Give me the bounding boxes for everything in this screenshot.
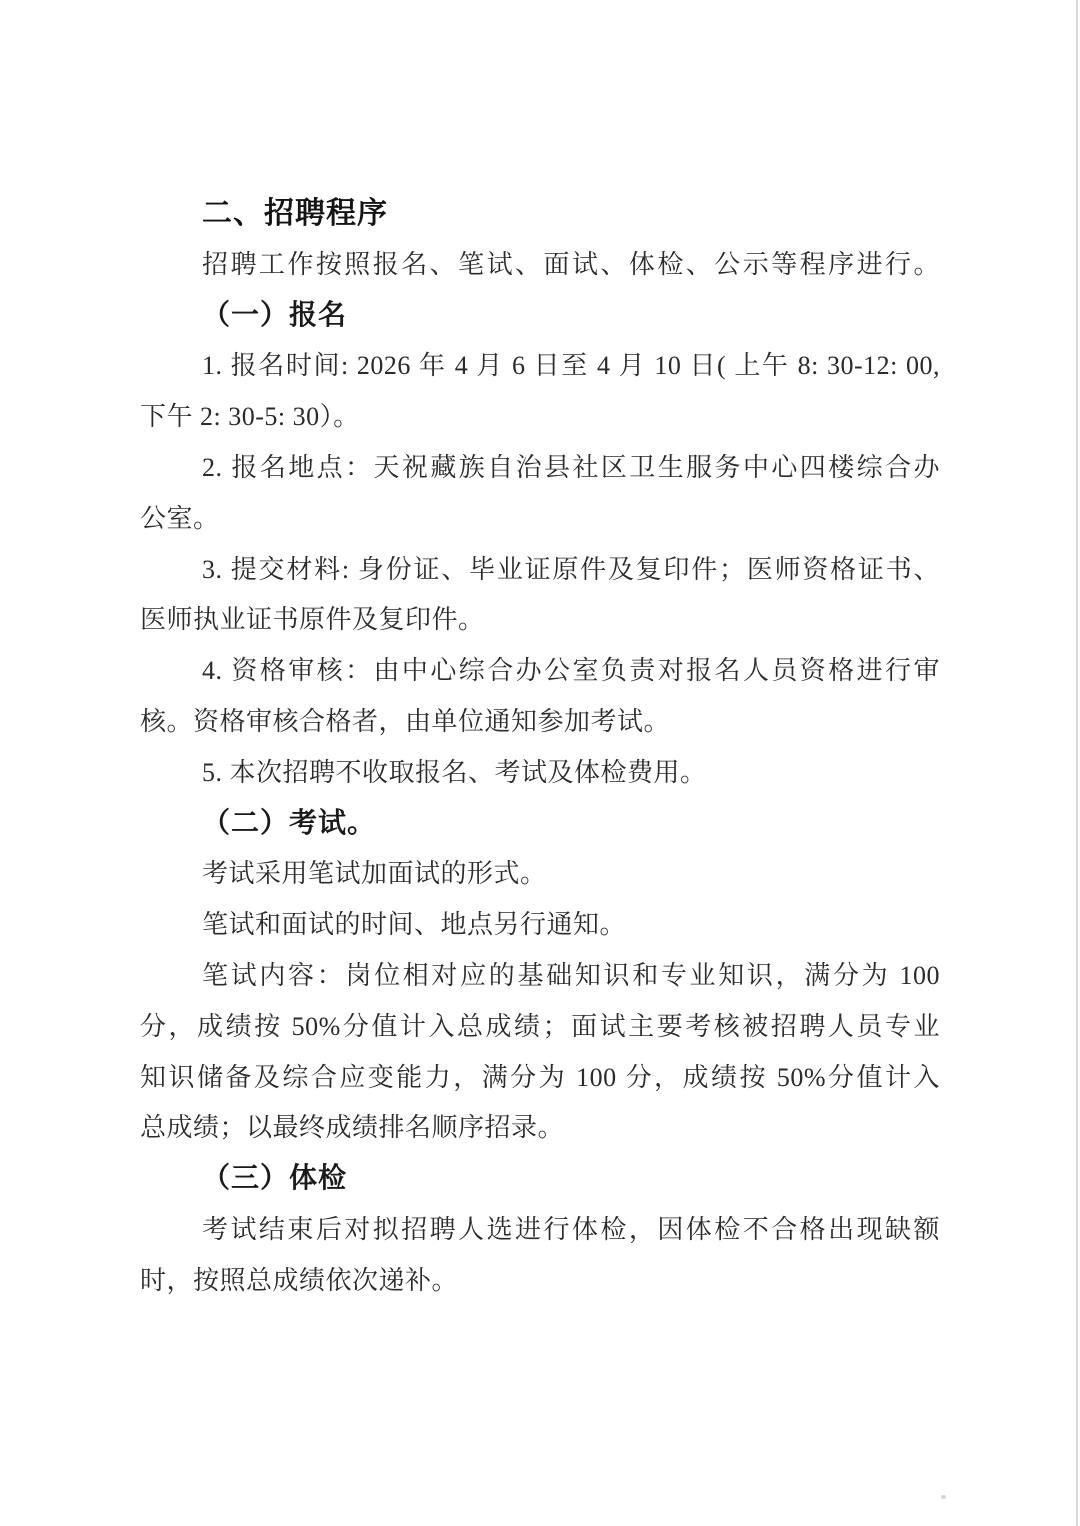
scan-edge-artifact <box>1076 0 1078 1526</box>
body-line: 4. 资格审核：由中心综合办公室负责对报名人员资格进行审 <box>140 646 940 697</box>
body-line: 总成绩；以最终成绩排名顺序招录。 <box>140 1103 940 1154</box>
body-line: 笔试和面试的时间、地点另行通知。 <box>140 900 940 951</box>
body-line: 1. 报名时间: 2026 年 4 月 6 日至 4 月 10 日( 上午 8:… <box>140 341 940 392</box>
body-line: 知识储备及综合应变能力，满分为 100 分，成绩按 50%分值计入 <box>140 1053 940 1104</box>
body-line: 2. 报名地点：天祝藏族自治县社区卫生服务中心四楼综合办 <box>140 443 940 494</box>
body-line: 分，成绩按 50%分值计入总成绩；面试主要考核被招聘人员专业 <box>140 1002 940 1053</box>
body-line: 医师执业证书原件及复印件。 <box>140 595 940 646</box>
body-line: 核。资格审核合格者，由单位通知参加考试。 <box>140 697 940 748</box>
body-line: 公室。 <box>140 494 940 545</box>
body-line: 时，按照总成绩依次递补。 <box>140 1256 940 1307</box>
body-line: 5. 本次招聘不收取报名、考试及体检费用。 <box>140 748 940 799</box>
subsection-heading-1: （一）报名 <box>140 291 940 342</box>
body-line: 3. 提交材料: 身份证、毕业证原件及复印件；医师资格证书、 <box>140 545 940 596</box>
body-line: 笔试内容：岗位相对应的基础知识和专业知识，满分为 100 <box>140 951 940 1002</box>
document-body: 二、招聘程序 招聘工作按照报名、笔试、面试、体检、公示等程序进行。 （一）报名 … <box>140 189 940 1307</box>
section-heading: 二、招聘程序 <box>140 189 940 240</box>
subsection-heading-2: （二）考试。 <box>140 799 940 850</box>
body-line: 招聘工作按照报名、笔试、面试、体检、公示等程序进行。 <box>140 240 940 291</box>
subsection-heading-3: （三）体检 <box>140 1154 940 1205</box>
body-line: 考试采用笔试加面试的形式。 <box>140 849 940 900</box>
scanned-document-page: 二、招聘程序 招聘工作按照报名、笔试、面试、体检、公示等程序进行。 （一）报名 … <box>0 0 1080 1526</box>
body-line: 下午 2: 30-5: 30）。 <box>140 392 940 443</box>
scan-speck-artifact <box>941 1495 946 1499</box>
body-line: 考试结束后对拟招聘人选进行体检，因体检不合格出现缺额 <box>140 1205 940 1256</box>
